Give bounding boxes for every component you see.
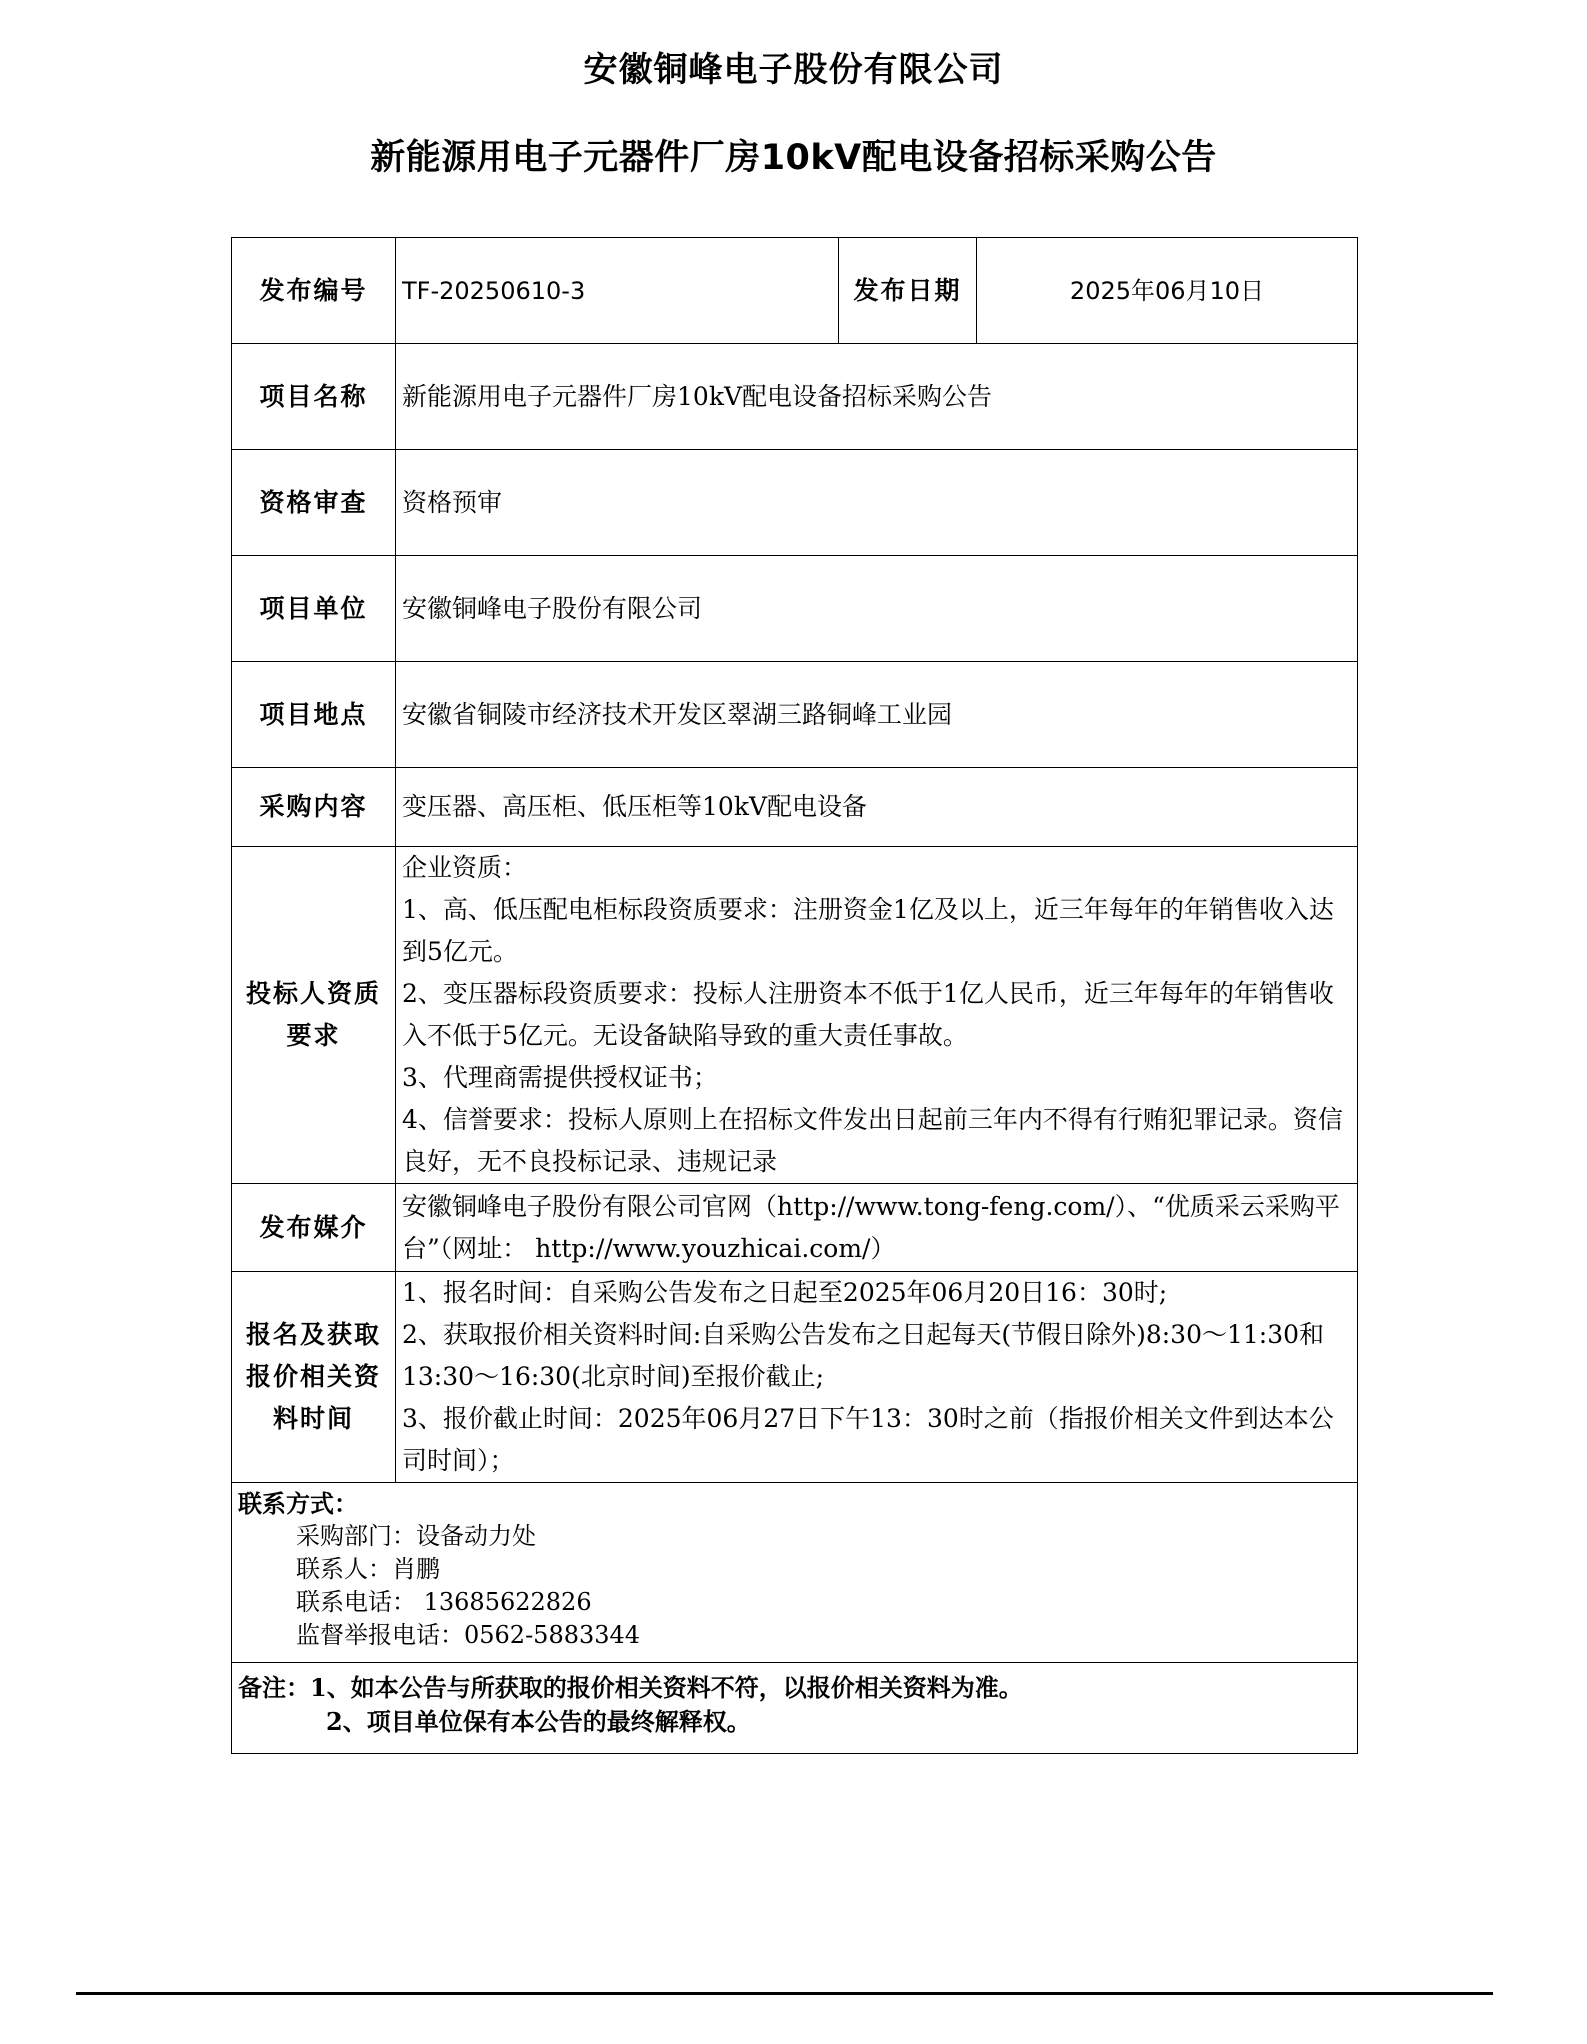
table-row-publish-media: 发布媒介 安徽铜峰电子股份有限公司官网（http://www.tong-feng… xyxy=(232,1184,1358,1272)
value-publish-number: TF-20250610-3 xyxy=(396,238,839,344)
footer-divider xyxy=(76,1992,1493,1995)
contact-section: 联系方式： 采购部门：设备动力处 联系人：肖鹏 联系电话： 1368562282… xyxy=(232,1483,1358,1663)
contact-person: 联系人：肖鹏 xyxy=(238,1553,1351,1586)
label-project-unit: 项目单位 xyxy=(232,556,396,662)
schedule-line: 2、获取报价相关资料时间:自采购公告发布之日起每天(节假日除外)8:30～11:… xyxy=(402,1314,1357,1398)
value-qualification-review: 资格预审 xyxy=(396,450,1358,556)
value-registration-time: 1、报名时间：自采购公告发布之日起至2025年06月20日16：30时; 2、获… xyxy=(396,1272,1358,1483)
table-row-number-date: 发布编号 TF-20250610-3 发布日期 2025年06月10日 xyxy=(232,238,1358,344)
table-row-qualification: 资格审查 资格预审 xyxy=(232,450,1358,556)
value-publish-date: 2025年06月10日 xyxy=(977,238,1358,344)
notice-title: 新能源用电子元器件厂房10kV配电设备招标采购公告 xyxy=(0,130,1587,180)
requirement-line: 1、高、低压配电柜标段资质要求：注册资金1亿及以上，近三年每年的年销售收入达到5… xyxy=(402,889,1357,973)
label-project-location: 项目地点 xyxy=(232,662,396,768)
label-bidder-line1: 投标人资质 xyxy=(232,973,395,1015)
note-line-1: 备注：1、如本公告与所获取的报价相关资料不符，以报价相关资料为准。 xyxy=(238,1671,1351,1705)
label-project-name: 项目名称 xyxy=(232,344,396,450)
label-bidder-requirements: 投标人资质 要求 xyxy=(232,847,396,1184)
table-row-purchase-content: 采购内容 变压器、高压柜、低压柜等10kV配电设备 xyxy=(232,768,1358,847)
requirement-line: 3、代理商需提供授权证书； xyxy=(402,1057,1357,1099)
table-row-project-name: 项目名称 新能源用电子元器件厂房10kV配电设备招标采购公告 xyxy=(232,344,1358,450)
label-publish-media: 发布媒介 xyxy=(232,1184,396,1272)
table-row-project-location: 项目地点 安徽省铜陵市经济技术开发区翠湖三路铜峰工业园 xyxy=(232,662,1358,768)
value-project-name: 新能源用电子元器件厂房10kV配电设备招标采购公告 xyxy=(396,344,1358,450)
table-row-bidder-requirements: 投标人资质 要求 企业资质： 1、高、低压配电柜标段资质要求：注册资金1亿及以上… xyxy=(232,847,1358,1184)
requirement-line: 4、信誉要求：投标人原则上在招标文件发出日起前三年内不得有行贿犯罪记录。资信良好… xyxy=(402,1099,1357,1183)
requirement-line: 2、变压器标段资质要求：投标人注册资本不低于1亿人民币，近三年每年的年销售收入不… xyxy=(402,973,1357,1057)
label-purchase-content: 采购内容 xyxy=(232,768,396,847)
table-row-project-unit: 项目单位 安徽铜峰电子股份有限公司 xyxy=(232,556,1358,662)
label-registration-line3: 料时间 xyxy=(232,1398,395,1440)
contact-report-phone: 监督举报电话：0562-5883344 xyxy=(238,1619,1351,1652)
contact-department: 采购部门：设备动力处 xyxy=(238,1520,1351,1553)
label-publish-number: 发布编号 xyxy=(232,238,396,344)
label-publish-date: 发布日期 xyxy=(839,238,977,344)
value-project-unit: 安徽铜峰电子股份有限公司 xyxy=(396,556,1358,662)
table-row-registration-time: 报名及获取 报价相关资 料时间 1、报名时间：自采购公告发布之日起至2025年0… xyxy=(232,1272,1358,1483)
table-row-contact: 联系方式： 采购部门：设备动力处 联系人：肖鹏 联系电话： 1368562282… xyxy=(232,1483,1358,1663)
contact-phone: 联系电话： 13685622826 xyxy=(238,1586,1351,1619)
contact-heading: 联系方式： xyxy=(238,1487,1351,1520)
value-purchase-content: 变压器、高压柜、低压柜等10kV配电设备 xyxy=(396,768,1358,847)
note-line-2: 2、项目单位保有本公告的最终解释权。 xyxy=(238,1705,1351,1739)
company-title: 安徽铜峰电子股份有限公司 xyxy=(0,42,1587,91)
label-registration-line1: 报名及获取 xyxy=(232,1314,395,1356)
value-bidder-requirements: 企业资质： 1、高、低压配电柜标段资质要求：注册资金1亿及以上，近三年每年的年销… xyxy=(396,847,1358,1184)
requirement-line: 企业资质： xyxy=(402,847,1357,889)
notes-section: 备注：1、如本公告与所获取的报价相关资料不符，以报价相关资料为准。 2、项目单位… xyxy=(232,1663,1358,1754)
label-registration-time: 报名及获取 报价相关资 料时间 xyxy=(232,1272,396,1483)
label-registration-line2: 报价相关资 xyxy=(232,1356,395,1398)
value-publish-media: 安徽铜峰电子股份有限公司官网（http://www.tong-feng.com/… xyxy=(396,1184,1358,1272)
value-project-location: 安徽省铜陵市经济技术开发区翠湖三路铜峰工业园 xyxy=(396,662,1358,768)
schedule-line: 1、报名时间：自采购公告发布之日起至2025年06月20日16：30时; xyxy=(402,1272,1357,1314)
table-row-notes: 备注：1、如本公告与所获取的报价相关资料不符，以报价相关资料为准。 2、项目单位… xyxy=(232,1663,1358,1754)
label-qualification-review: 资格审查 xyxy=(232,450,396,556)
label-bidder-line2: 要求 xyxy=(232,1015,395,1057)
schedule-line: 3、报价截止时间：2025年06月27日下午13：30时之前（指报价相关文件到达… xyxy=(402,1398,1357,1482)
notice-table: 发布编号 TF-20250610-3 发布日期 2025年06月10日 项目名称… xyxy=(231,237,1358,1754)
